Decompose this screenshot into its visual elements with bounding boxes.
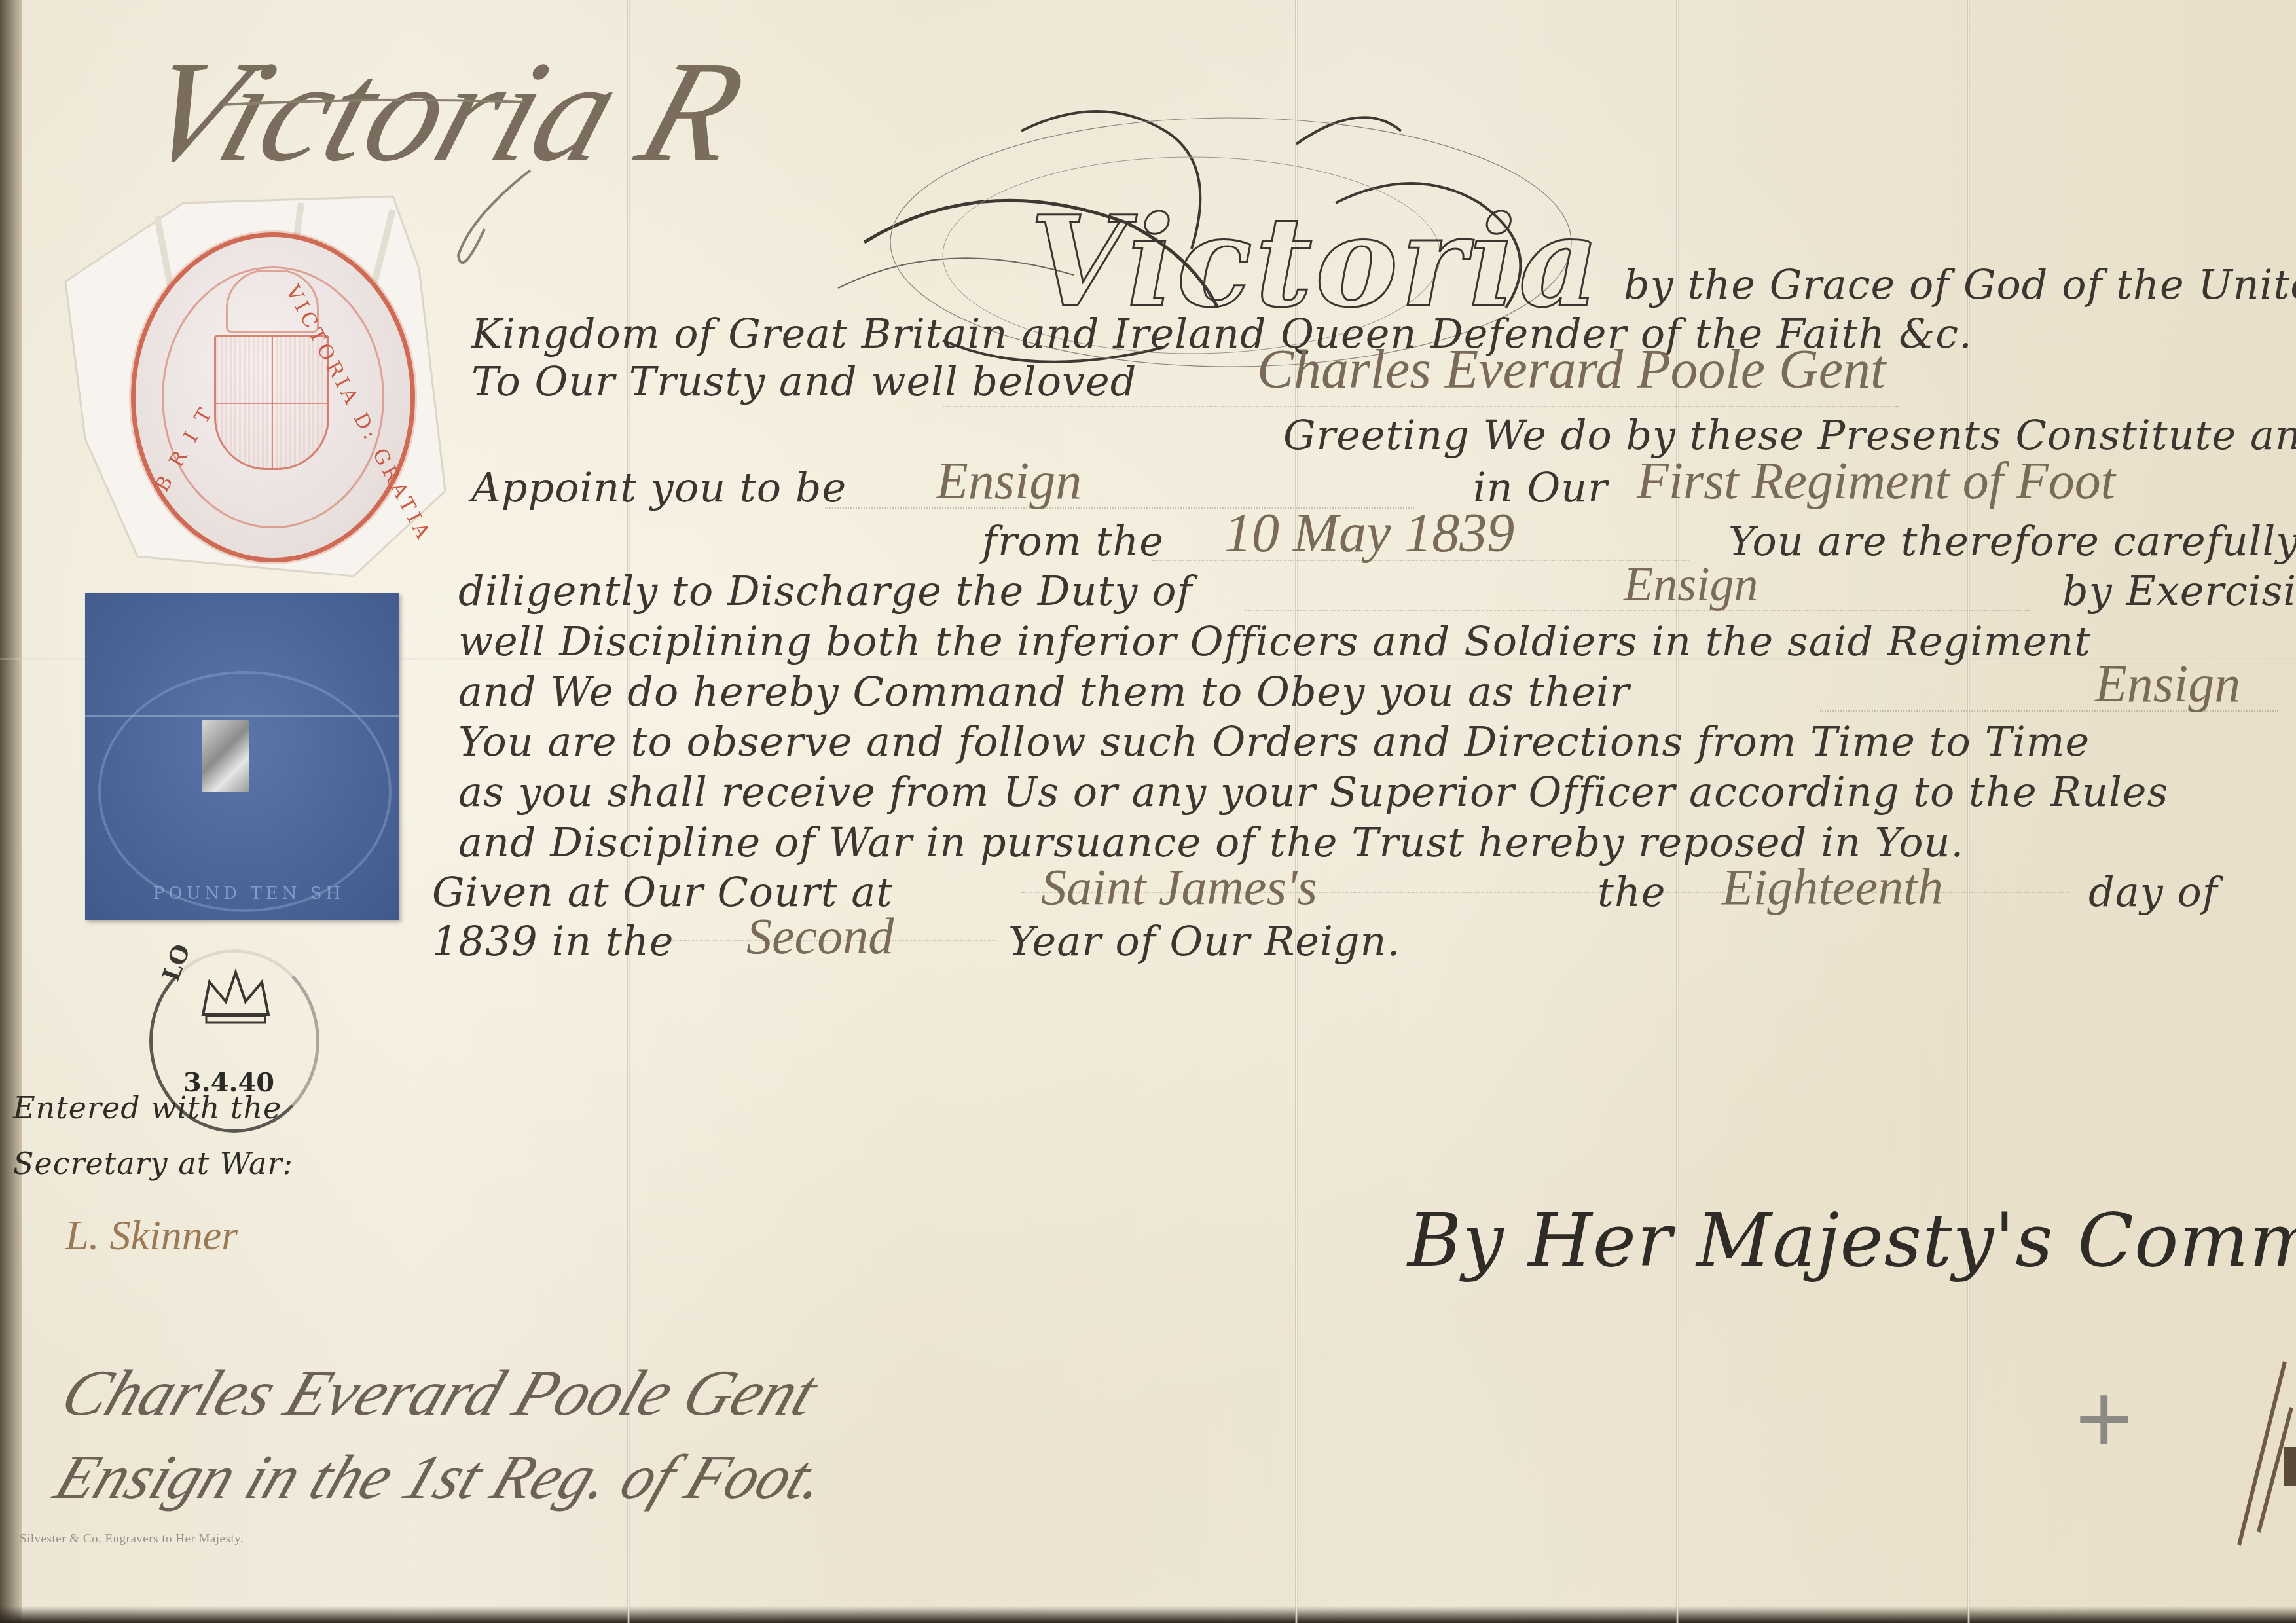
filled-regiment: First Regiment of Foot [1637, 458, 2115, 504]
endorsement-line-1: Charles Everard Poole Gent [52, 1355, 828, 1431]
text-line: Appoint you to be [471, 465, 847, 511]
filled-rank: Ensign [936, 458, 1082, 504]
text-line: day of [2088, 869, 2218, 915]
scan-edge-left [0, 0, 22, 1623]
postmark-crown-icon [196, 962, 275, 1034]
stamp-legend: POUND TEN SH [151, 884, 347, 903]
countersign-line: By Her Majesty's Command [1408, 1198, 2296, 1283]
text-line: You are to observe and follow such Order… [458, 719, 2090, 765]
sovereign-title: Victoria [1021, 196, 1611, 327]
clerk-signature: L. Skinner [65, 1211, 238, 1260]
text-line: and We do hereby Command them to Obey yo… [458, 669, 1630, 715]
text-line: by Exercising and [2062, 568, 2296, 614]
filled-commission-date: 10 May 1839 [1224, 511, 1514, 556]
text-line: Year of Our Reign. [1008, 919, 1400, 964]
fill-in-guide [943, 406, 1899, 407]
great-seal-impression [131, 232, 415, 562]
engraver-imprint: Silvester & Co. Engravers to Her Majesty… [20, 1532, 244, 1546]
filled-place: Saint James's [1041, 864, 1317, 910]
filled-day: Eighteenth [1722, 864, 1943, 910]
text-line: You are therefore carefully and [1728, 519, 2296, 564]
text-line: well Disciplining both the inferior Offi… [458, 619, 2091, 665]
text-line: To Our Trusty and well beloved [471, 359, 1137, 405]
registration-line-2: Secretary at War: [13, 1146, 293, 1181]
royal-arms-shield-icon [214, 335, 329, 470]
pencil-cross-mark: + [2075, 1362, 2133, 1475]
silver-foil-tab [202, 720, 249, 792]
text-line: diligently to Discharge the Duty of [458, 568, 1192, 614]
text-line: as you shall receive from Us or any your… [458, 769, 2168, 815]
filled-regnal-year: Second [746, 913, 894, 959]
commission-document: Victoria R VICTORIA D: GRATIA B R I T PO… [0, 0, 2296, 1623]
text-line: by the Grace of God of the United [1624, 262, 2296, 308]
registration-line-1: Entered with the [13, 1090, 282, 1125]
filled-obey-rank: Ensign [2095, 661, 2240, 707]
filled-duty-rank: Ensign [1624, 562, 1758, 608]
endorsement-line-2: Ensign in the 1st Reg. of Foot. [46, 1440, 837, 1513]
text-line: Greeting We do by these Presents Constit… [1283, 412, 2296, 458]
minister-signature-fragment [2226, 1349, 2296, 1558]
scan-edge-bottom [0, 1606, 2296, 1623]
text-line: 1839 in the [432, 919, 674, 964]
filled-grantee-name: Charles Everard Poole Gent [1257, 347, 1886, 393]
text-line: from the [982, 519, 1164, 564]
